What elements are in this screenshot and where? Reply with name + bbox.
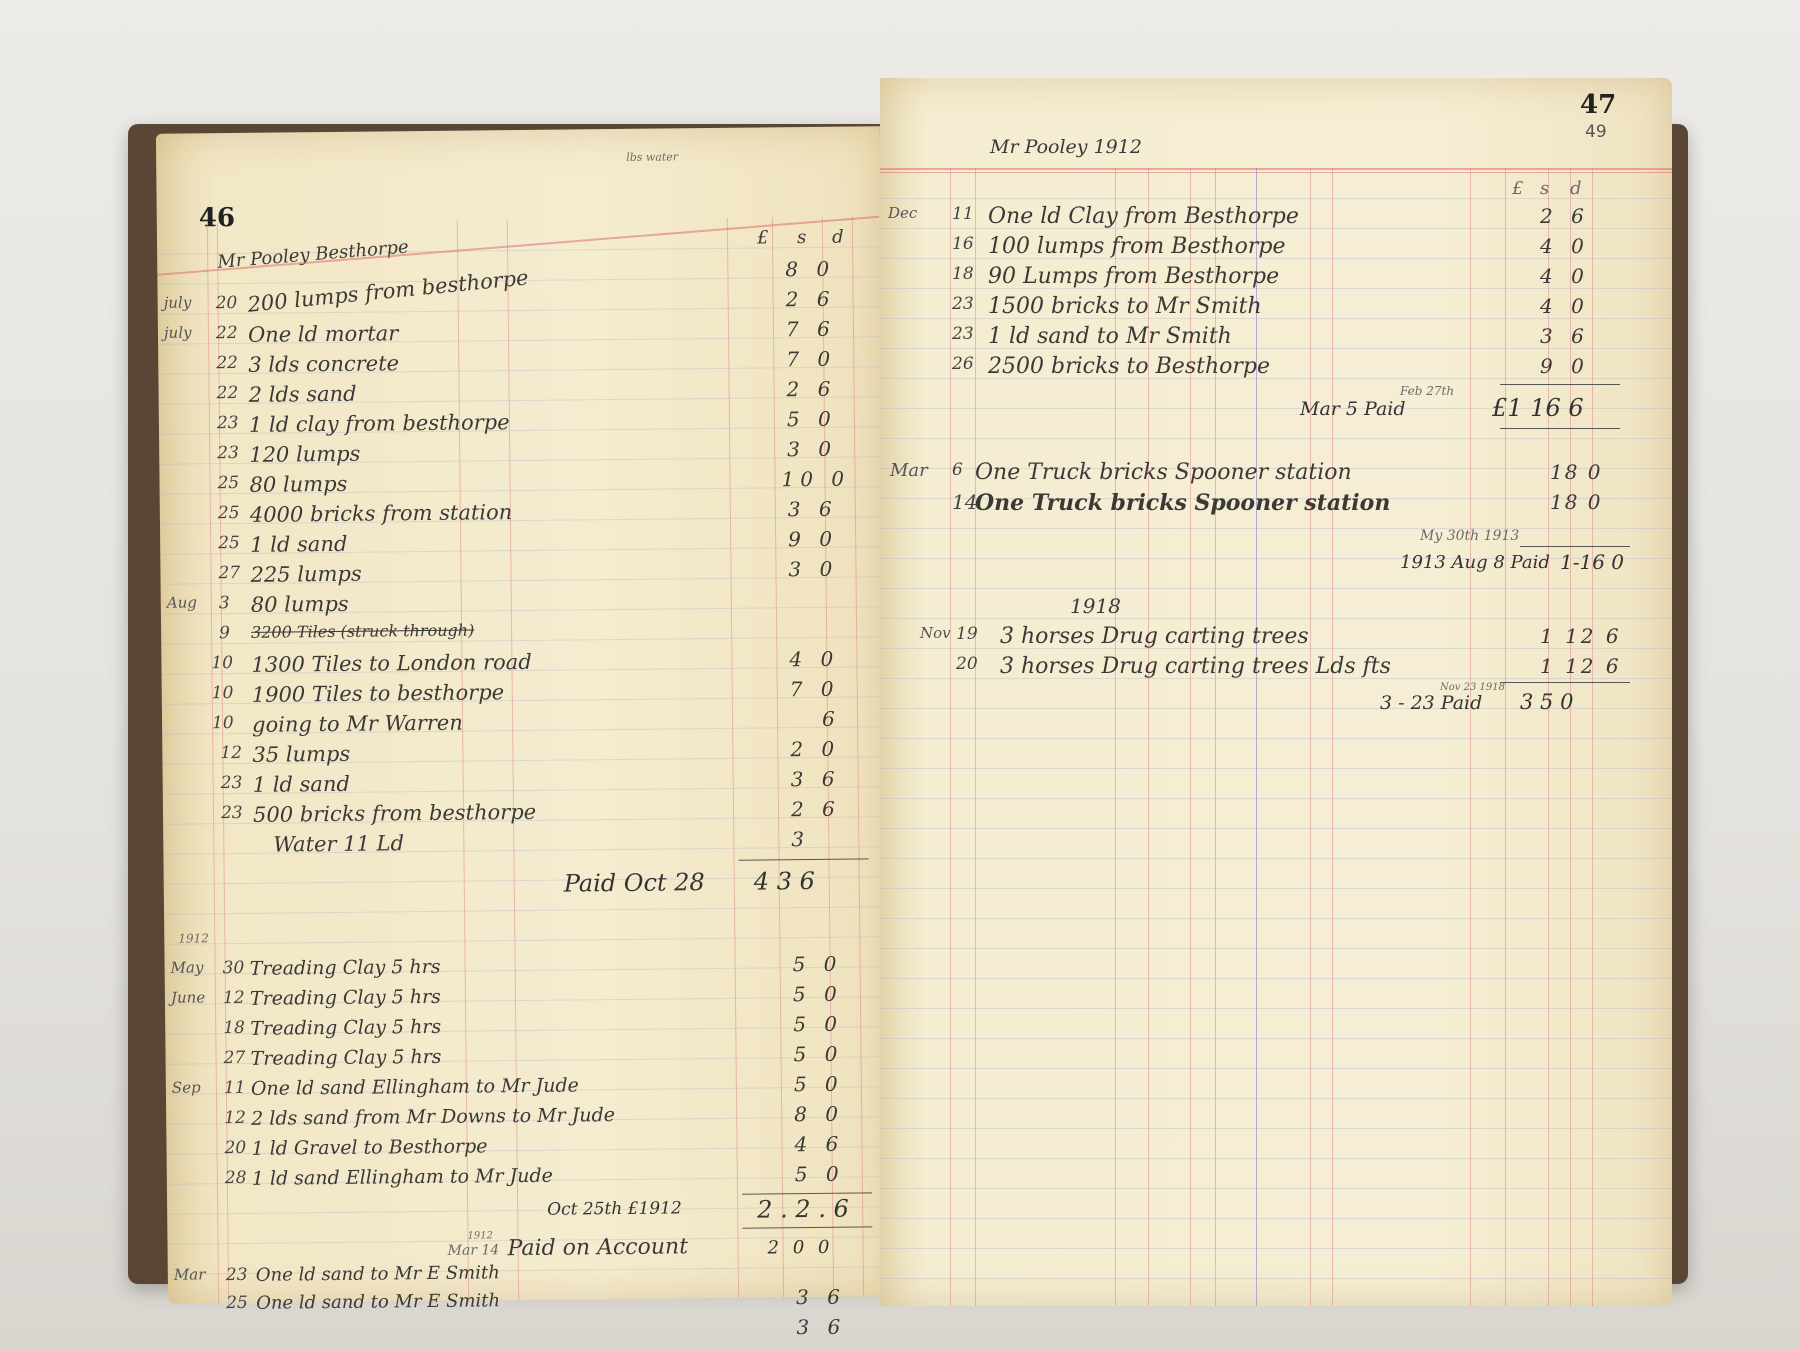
ledger-row: 262500 bricks to Besthorpe9 0: [880, 354, 1672, 384]
page-header: Mr Pooley 1912: [990, 136, 1142, 158]
ledger-row: 1890 Lumps from Besthorpe4 0: [880, 264, 1672, 294]
paid-account-label: Paid on Account: [507, 1234, 688, 1261]
total-paid-oct-label: Paid Oct 28: [564, 868, 705, 897]
ledger-row: 203 horses Drug carting trees Lds fts1 1…: [880, 654, 1672, 684]
year-label: 1918: [1070, 594, 1121, 618]
ledger-row: Nov193 horses Drug carting trees1 12 6: [880, 624, 1672, 654]
total-aug-amount: 1-16 0: [1560, 550, 1624, 574]
header-rule: [880, 168, 1672, 170]
total-aug-label: 1913 Aug 8 Paid: [1400, 552, 1550, 573]
ledger-row: Dec11One ld Clay from Besthorpe2 6: [880, 204, 1672, 234]
left-page: 46 lbs water Mr Pooley Besthorpe £ s d 8…: [156, 126, 892, 1304]
year-note: 1912: [467, 1230, 493, 1241]
col-head-pence: d: [1570, 178, 1582, 199]
paid-account-date: Mar 14: [448, 1242, 500, 1259]
total-nov-amount: 3 5 0: [1520, 690, 1573, 714]
col-head-shillings: s: [1540, 178, 1549, 199]
total-paid-oct-amount: 4 3 6: [754, 867, 815, 896]
total-mar5-label: Mar 5 Paid: [1300, 398, 1406, 420]
year-label: 1912: [178, 931, 209, 945]
ledger-row: 231500 bricks to Mr Smith4 0: [880, 294, 1672, 324]
total-oct25-label: Oct 25th £1912: [547, 1198, 682, 1219]
total-nov-label: 3 - 23 Paid: [1380, 692, 1482, 714]
col-head-pounds: £: [757, 227, 769, 248]
ledger-book: 46 lbs water Mr Pooley Besthorpe £ s d 8…: [128, 72, 1688, 1312]
alt-page-number: 49: [1585, 122, 1607, 142]
total-oct25-amount: 2 . 2 . 6: [757, 1195, 849, 1224]
col-head-shillings: s: [797, 227, 806, 248]
col-head-pence: d: [832, 227, 844, 248]
total-underline: [739, 858, 869, 860]
page-number: 47: [1580, 90, 1616, 120]
ledger-row: 231 ld sand to Mr Smith3 6: [880, 324, 1672, 354]
ledger-row: Mar6One Truck bricks Spooner station18 0: [880, 460, 1672, 490]
paid-account-amount: 2 0 0: [767, 1237, 833, 1259]
total-aug-note: My 30th 1913: [1420, 528, 1519, 544]
total-note: Feb 27th: [1400, 384, 1454, 398]
margin-note: lbs water: [626, 150, 678, 164]
col-head-pounds: £: [1512, 178, 1523, 199]
right-page: 47 49 Mr Pooley 1912 £ s d Dec11One ld C…: [880, 78, 1672, 1306]
ledger-row: 14One Truck bricks Spooner station18 0: [880, 490, 1672, 520]
total-mar5-amount: £1 16 6: [1492, 394, 1584, 422]
ledger-row: 16100 lumps from Besthorpe4 0: [880, 234, 1672, 264]
